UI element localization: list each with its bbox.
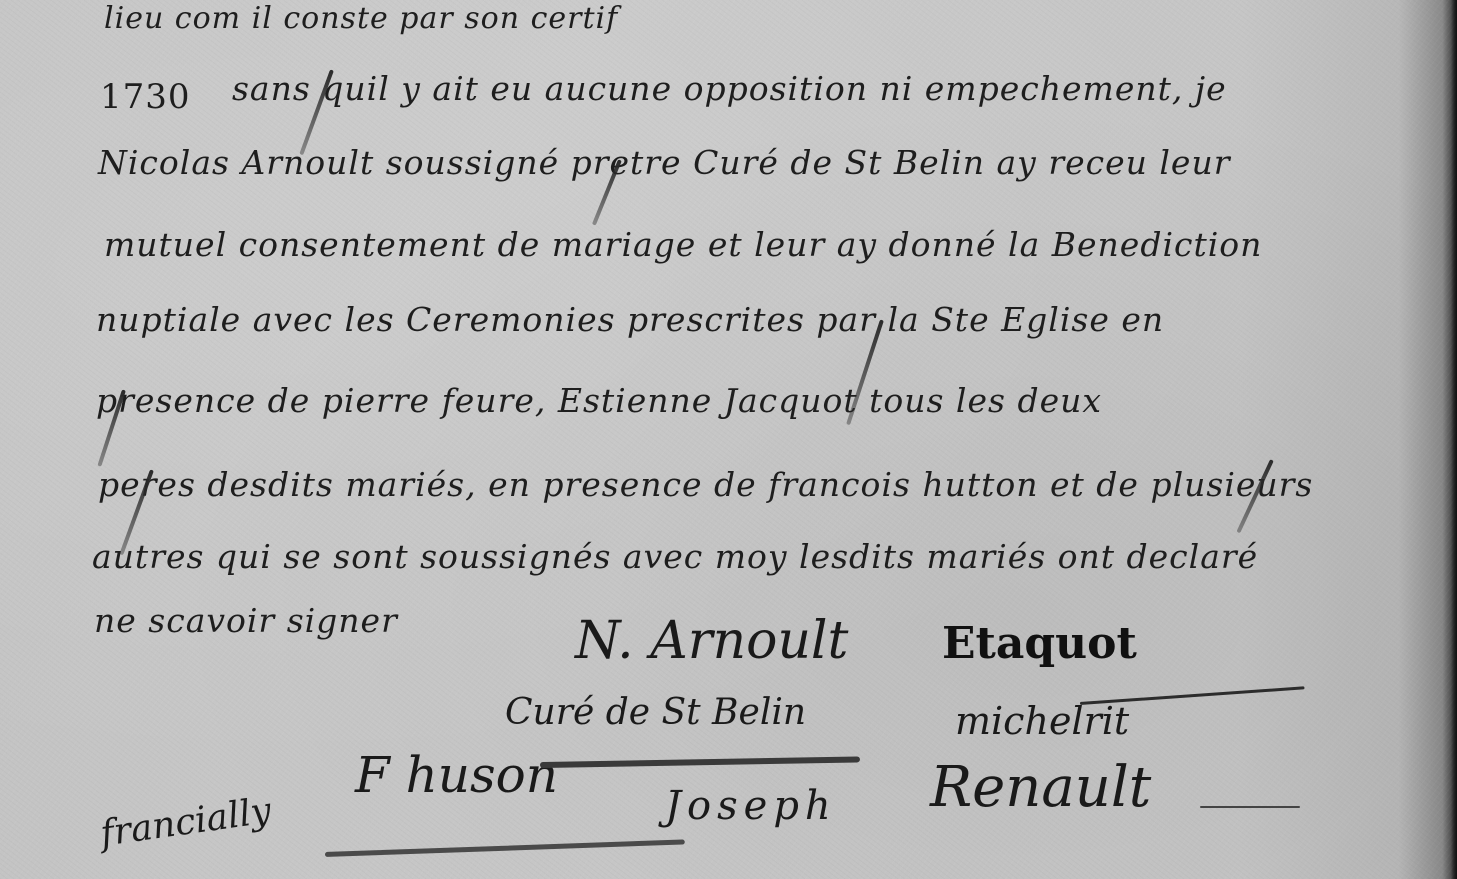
paper-texture [0, 0, 1457, 879]
text-line-8: autres qui se sont soussignés avec moy l… [92, 540, 1258, 573]
signature-francially: francially [98, 793, 273, 853]
text-line-3: Nicolas Arnoult soussigné pretre Curé de… [98, 146, 1231, 179]
margin-year: 1730 [100, 80, 191, 114]
text-line-4: mutuel consentement de mariage et leur a… [104, 228, 1262, 261]
signature-huson: F huson [355, 750, 558, 800]
signature-etaquot: Etaquot [942, 622, 1137, 666]
text-line-2: sans quil y ait eu aucune opposition ni … [232, 72, 1227, 105]
signature-michelrit: michelrit [955, 702, 1129, 740]
signature-priest-title: Curé de St Belin [505, 695, 806, 731]
text-line-1: lieu com il conste par son certif [104, 4, 618, 34]
text-line-6: presence de pierre feure, Estienne Jacqu… [96, 384, 1102, 417]
signature-joseph: Joseph [665, 786, 837, 826]
signature-flourish [1200, 806, 1300, 808]
text-line-7: peres desdits mariés, en presence de fra… [98, 468, 1313, 501]
page-binding-edge [1451, 0, 1457, 879]
signature-priest: N. Arnoult [575, 615, 848, 667]
document-scan: lieu com il conste par son certif 1730 s… [0, 0, 1457, 879]
signature-renault: Renault [930, 760, 1151, 816]
text-line-9: ne scavoir signer [94, 604, 398, 637]
signature-flourish [1080, 686, 1305, 705]
ink-underline [325, 839, 685, 857]
signature-strike [540, 756, 860, 768]
text-line-5: nuptiale avec les Ceremonies prescrites … [96, 303, 1164, 336]
